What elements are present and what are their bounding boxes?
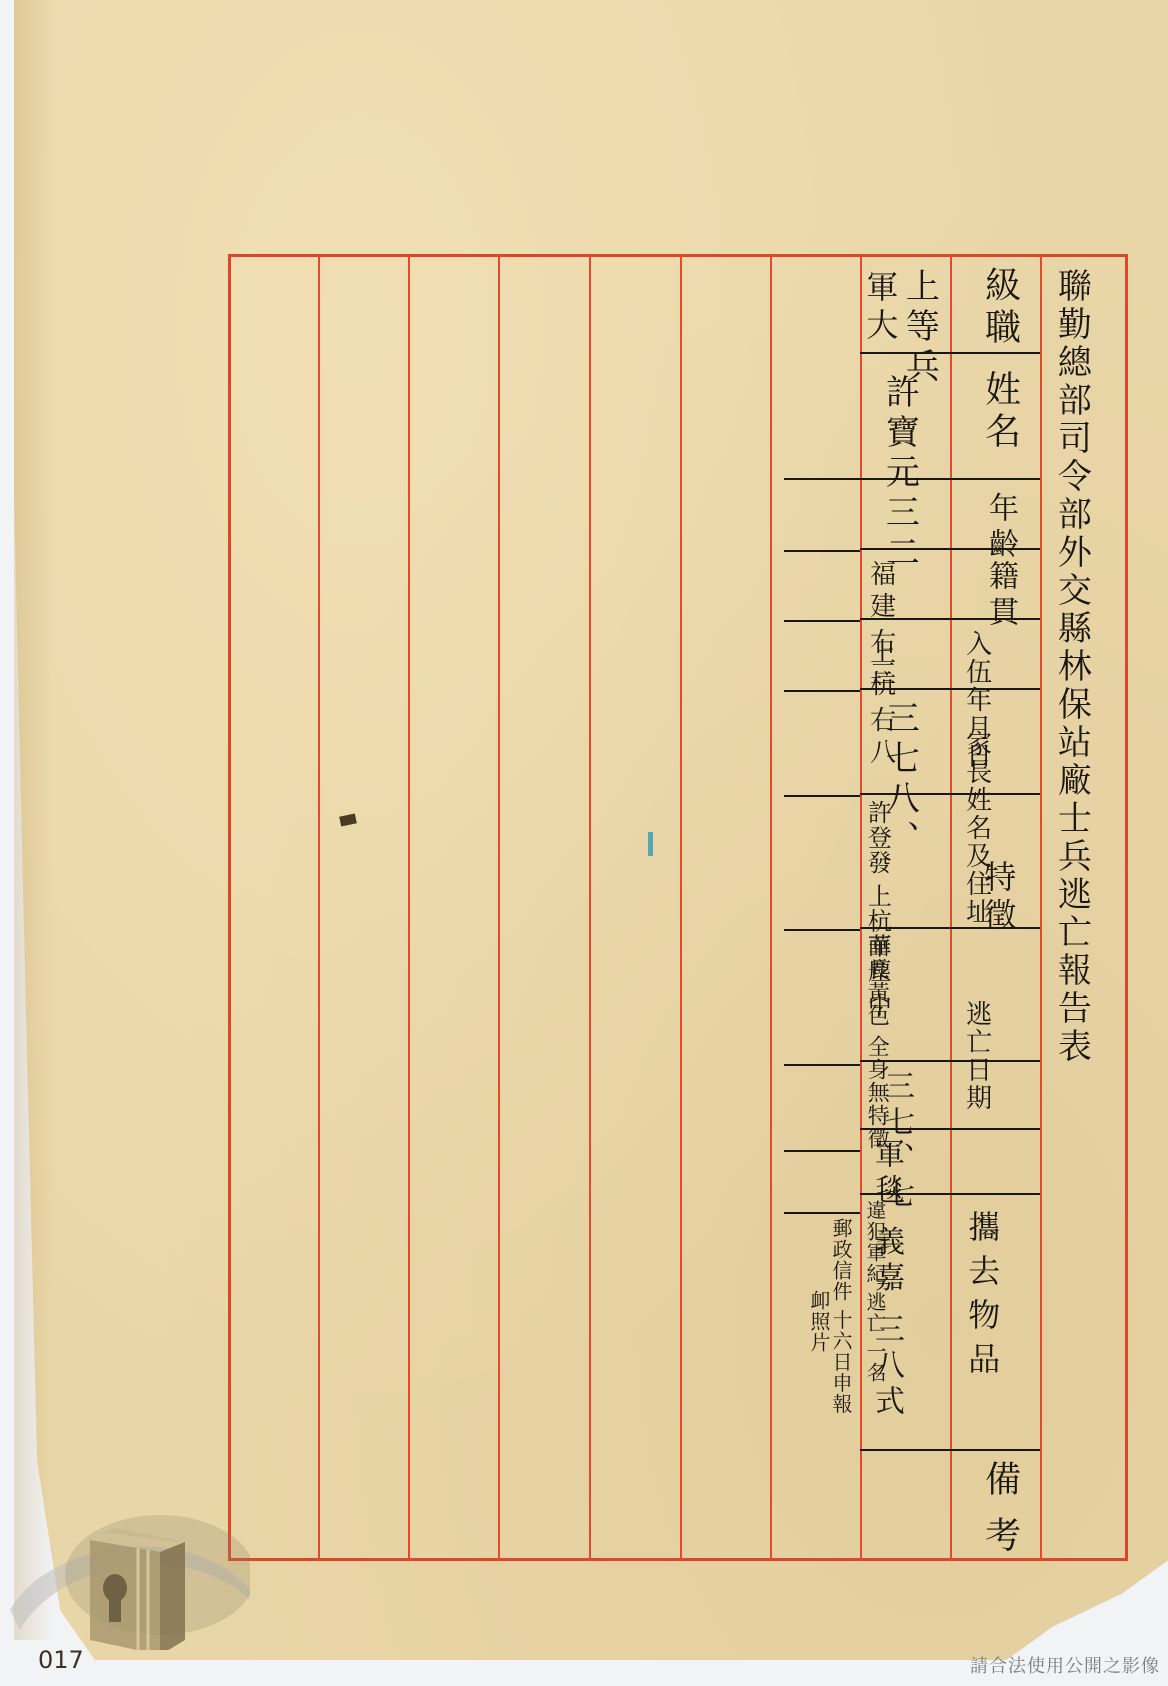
row-separator xyxy=(784,550,860,552)
column-rule xyxy=(950,254,952,1561)
archive-logo-icon xyxy=(10,1480,250,1650)
side-note: 卹照片 xyxy=(808,1290,830,1353)
column-rule xyxy=(318,254,320,1561)
row-separator xyxy=(784,1150,860,1152)
row-separator xyxy=(784,690,860,692)
header-name: 姓名 xyxy=(980,370,1020,454)
footnote: 郵政信件 十六日申報 xyxy=(830,1218,852,1414)
header-origin: 籍貫 xyxy=(984,560,1017,632)
column-rule xyxy=(860,254,862,1561)
header-desertion-date: 逃亡日期 xyxy=(962,1000,991,1112)
header-features: 特徵 xyxy=(980,860,1015,936)
row-separator xyxy=(784,795,860,797)
row-separator xyxy=(860,352,1040,354)
header-rank: 級職 xyxy=(980,266,1020,350)
header-items-taken: 攜去物品 xyxy=(964,1210,999,1386)
column-rule xyxy=(1040,254,1042,1561)
row-separator xyxy=(860,1449,1040,1451)
entry-remarks: 違犯軍紀 逃亡 一名 xyxy=(864,1200,886,1383)
header-remarks: 備考 xyxy=(980,1460,1020,1572)
row-separator xyxy=(784,1212,860,1214)
row-separator xyxy=(784,1064,860,1066)
entry-name: 許寶元 xyxy=(880,374,917,494)
column-rule xyxy=(770,254,772,1561)
form-title: 聯勤總部司令部外交縣林保站廠士兵逃亡報告表 xyxy=(1052,268,1089,1066)
row-separator xyxy=(784,620,860,622)
row-separator xyxy=(784,929,860,931)
page-number: 017 xyxy=(38,1646,84,1674)
header-age: 年齡 xyxy=(984,492,1017,564)
usage-watermark: 請合法使用公開之影像 xyxy=(970,1652,1160,1678)
column-rule xyxy=(408,254,410,1561)
column-rule xyxy=(589,254,591,1561)
column-rule xyxy=(680,254,682,1561)
column-rule xyxy=(498,254,500,1561)
entry-rank: 上等兵 xyxy=(900,268,937,388)
ink-blot xyxy=(648,832,653,856)
paper-fold-shadow xyxy=(14,0,54,1640)
entry-rank-extra: 軍大 xyxy=(862,270,897,346)
